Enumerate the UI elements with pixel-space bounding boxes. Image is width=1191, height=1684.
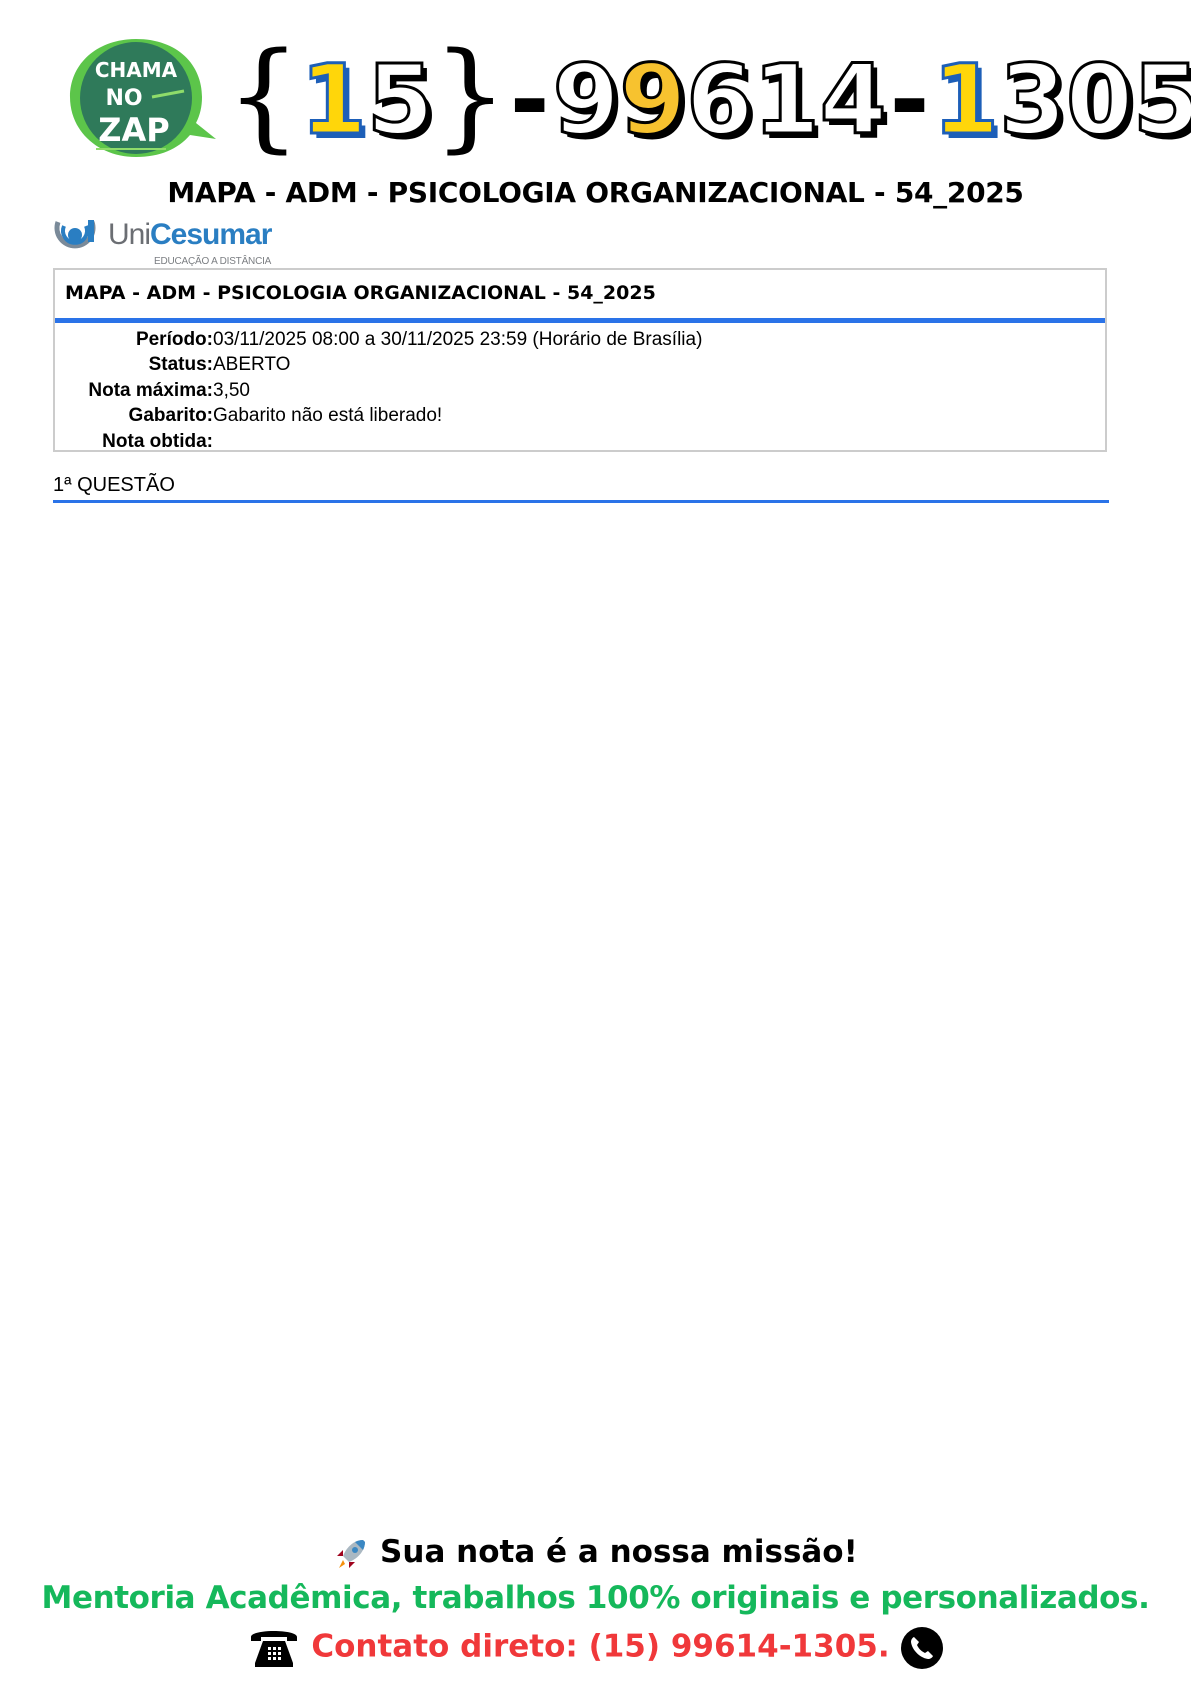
document-title: MAPA - ADM - PSICOLOGIA ORGANIZACIONAL -… — [0, 176, 1191, 209]
activity-info-panel: MAPA - ADM - PSICOLOGIA ORGANIZACIONAL -… — [53, 268, 1107, 452]
phone-digit: 4 — [819, 52, 886, 148]
close-brace: } — [433, 36, 506, 154]
telephone-icon — [247, 1627, 301, 1669]
phone-number-display: { 1 5 } - 9 9 6 1 4 - 1 3 0 5 — [226, 40, 1191, 160]
info-label: Período: — [55, 329, 213, 351]
info-value: Gabarito não está liberado! — [213, 405, 442, 427]
info-row-status: Status: ABERTO — [55, 353, 1105, 379]
info-label: Status: — [55, 354, 213, 376]
info-label: Gabarito: — [55, 405, 213, 427]
phone-digit: 5 — [366, 52, 433, 148]
info-label: Nota máxima: — [55, 380, 213, 402]
rocket-icon — [333, 1536, 369, 1572]
info-row-periodo: Período: 03/11/2025 08:00 a 30/11/2025 2… — [55, 327, 1105, 353]
question-heading: 1ª QUESTÃO — [53, 474, 1109, 503]
promo-mission-text: Sua nota é a nossa missão! — [380, 1534, 858, 1570]
logo-uni: Uni — [108, 218, 150, 251]
unicesumar-logo-mark-icon — [52, 218, 100, 258]
phone-digit: 1 — [752, 52, 819, 148]
info-row-nota-maxima: Nota máxima: 3,50 — [55, 378, 1105, 404]
info-row-nota-obtida: Nota obtida: — [55, 429, 1105, 455]
info-value: 03/11/2025 08:00 a 30/11/2025 23:59 (Hor… — [213, 329, 702, 351]
phone-digit: 9 — [552, 52, 619, 148]
phone-digit: 9 — [618, 52, 685, 148]
promo-line-mission: Sua nota é a nossa missão! — [0, 1534, 1191, 1572]
phone-digit: 5 — [1132, 52, 1191, 148]
phone-digit: 0 — [1065, 52, 1132, 148]
phone-call-icon — [900, 1626, 944, 1670]
contact-text: Contato direto: (15) 99614-1305. — [311, 1629, 889, 1665]
activity-header: MAPA - ADM - PSICOLOGIA ORGANIZACIONAL -… — [55, 270, 1105, 323]
activity-details: Período: 03/11/2025 08:00 a 30/11/2025 2… — [55, 323, 1105, 455]
logo-cesumar: Cesumar — [150, 218, 271, 251]
info-row-gabarito: Gabarito: Gabarito não está liberado! — [55, 404, 1105, 430]
svg-text:CHAMA: CHAMA — [95, 58, 178, 82]
promo-line-mentoria: Mentoria Acadêmica, trabalhos 100% origi… — [0, 1580, 1191, 1616]
phone-dash: - — [506, 52, 552, 148]
promo-line-contact: Contato direto: (15) 99614-1305. — [0, 1626, 1191, 1670]
info-label: Nota obtida: — [55, 431, 213, 453]
unicesumar-logo: UniCesumar EDUCAÇÃO A DISTÂNCIA — [52, 216, 292, 270]
logo-subtitle: EDUCAÇÃO A DISTÂNCIA — [154, 256, 271, 267]
phone-digit: 1 — [931, 52, 998, 148]
phone-digit: 1 — [299, 52, 366, 148]
phone-digit: 6 — [685, 52, 752, 148]
status-value: ABERTO — [213, 354, 290, 376]
phone-digit: 3 — [998, 52, 1065, 148]
svg-text:NO: NO — [105, 86, 142, 111]
phone-dash: - — [886, 52, 932, 148]
svg-text:ZAP: ZAP — [98, 111, 169, 149]
contact-banner: CHAMA NO ZAP { 1 5 } - 9 9 6 1 4 - 1 3 0… — [66, 30, 1116, 170]
info-value: 3,50 — [213, 380, 250, 402]
open-brace: { — [226, 36, 299, 154]
chama-no-zap-badge-icon: CHAMA NO ZAP — [66, 35, 216, 161]
